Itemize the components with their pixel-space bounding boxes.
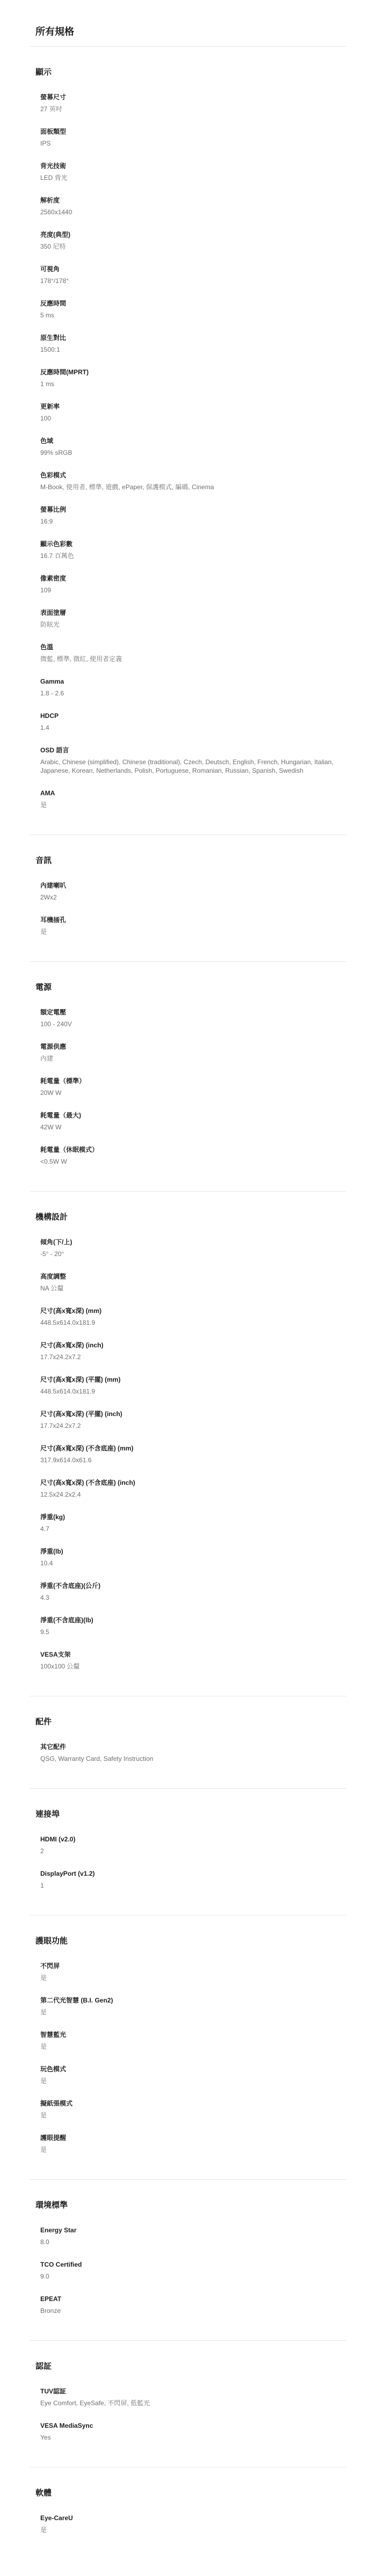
spec-item-label: 原生對比 xyxy=(40,333,346,342)
section-heading: 環境標準 xyxy=(35,2200,346,2211)
spec-section: 電源 額定電壓 100 - 240V 電源供應 內建 耗電量（標準） 20W W… xyxy=(30,961,346,1191)
spec-item-value: 12.5x24.2x2.4 xyxy=(40,1490,346,1499)
spec-item-value: 100 - 240V xyxy=(40,1020,346,1028)
spec-section: 配件 其它配件 QSG, Warranty Card, Safety Instr… xyxy=(30,1696,346,1788)
spec-item: 尺寸(高x寬x深) (mm) 448.5x614.0x181.9 xyxy=(40,1307,346,1327)
spec-sections: 顯示 螢幕尺寸 27 英吋 面板類型 IPS 背光技術 LED 背光 解析度 2… xyxy=(30,46,346,2559)
spec-item-label: 耳機插孔 xyxy=(40,916,346,924)
spec-item-label: 表面塗層 xyxy=(40,608,346,617)
spec-item: 護眼提醒 是 xyxy=(40,2134,346,2154)
spec-section: 軟體 Eye-CareU 是 xyxy=(30,2467,346,2559)
spec-item-label: 耗電量（最大) xyxy=(40,1111,346,1120)
spec-item-value: IPS xyxy=(40,139,346,148)
spec-item: EPEAT Bronze xyxy=(40,2295,346,2315)
spec-item-label: Energy Star xyxy=(40,2226,346,2234)
spec-item-value: Arabic, Chinese (simplified), Chinese (t… xyxy=(40,758,346,775)
spec-item-value: 350 尼特 xyxy=(40,242,346,251)
spec-item: 表面塗層 防眩光 xyxy=(40,608,346,629)
spec-item: 尺寸(高x寬x深) (平擺) (mm) 448.5x614.0x181.9 xyxy=(40,1375,346,1396)
spec-item: 尺寸(高x寬x深) (不含底座) (inch) 12.5x24.2x2.4 xyxy=(40,1478,346,1499)
section-items: 內建喇叭 2Wx2 耳機插孔 是 xyxy=(40,881,346,936)
spec-item-label: 背光技術 xyxy=(40,162,346,170)
spec-item: 螢幕比例 16:9 xyxy=(40,505,346,526)
spec-item: 不閃屏 是 xyxy=(40,1962,346,1982)
spec-item-value: 9.0 xyxy=(40,2272,346,2281)
spec-item: 反應時間(MPRT) 1 ms xyxy=(40,368,346,388)
spec-item: 傾角(下/上) -5° - 20° xyxy=(40,1238,346,1258)
spec-item: 其它配件 QSG, Warranty Card, Safety Instruct… xyxy=(40,1743,346,1763)
spec-item: DisplayPort (v1.2) 1 xyxy=(40,1869,346,1890)
spec-item: AMA 是 xyxy=(40,789,346,809)
spec-item-value: 4.3 xyxy=(40,1593,346,1602)
spec-item: 更新率 100 xyxy=(40,402,346,423)
spec-section: 連接埠 HDMI (v2.0) 2 DisplayPort (v1.2) 1 xyxy=(30,1788,346,1915)
spec-item-value: -5° - 20° xyxy=(40,1250,346,1258)
spec-item-value: 16:9 xyxy=(40,517,346,526)
spec-item-value: 8.0 xyxy=(40,2238,346,2246)
spec-section: 環境標準 Energy Star 8.0 TCO Certified 9.0 E… xyxy=(30,2179,346,2340)
spec-item-value: 99% sRGB xyxy=(40,448,346,457)
spec-item-label: 高度調整 xyxy=(40,1272,346,1281)
spec-item-label: 額定電壓 xyxy=(40,1008,346,1017)
spec-item: 高度調整 NA 公釐 xyxy=(40,1272,346,1293)
spec-item: 尺寸(高x寬x深) (inch) 17.7x24.2x7.2 xyxy=(40,1341,346,1361)
spec-item-label: Eye-CareU xyxy=(40,2514,346,2522)
spec-item-label: 可視角 xyxy=(40,265,346,273)
spec-item: 尺寸(高x寬x深) (不含底座) (mm) 317.9x614.0x61.6 xyxy=(40,1444,346,1464)
spec-item-label: OSD 語言 xyxy=(40,746,346,754)
spec-item-label: 耗電量（標準） xyxy=(40,1077,346,1085)
spec-item-value: NA 公釐 xyxy=(40,1284,346,1293)
spec-item-value: 是 xyxy=(40,1973,346,1982)
spec-item-value: 2560x1440 xyxy=(40,208,346,216)
section-heading: 配件 xyxy=(35,1717,346,1728)
spec-item-label: TUV認証 xyxy=(40,2387,346,2396)
spec-item-label: 淨重(kg) xyxy=(40,1513,346,1521)
spec-item: 色彩模式 M-Book, 使用者, 標準, 遊戲, ePaper, 保護模式, … xyxy=(40,471,346,491)
spec-item-value: 100x100 公釐 xyxy=(40,1662,346,1671)
section-items: 不閃屏 是 第二代光智慧 (B.I. Gen2) 是 智慧藍光 是 玩色模式 是… xyxy=(40,1962,346,2154)
spec-item-value: 20W W xyxy=(40,1089,346,1097)
spec-item-value: 是 xyxy=(40,2526,346,2534)
spec-item-value: Yes xyxy=(40,2433,346,2442)
spec-item-value: 是 xyxy=(40,2145,346,2154)
spec-item: OSD 語言 Arabic, Chinese (simplified), Chi… xyxy=(40,746,346,775)
spec-item-value: 100 xyxy=(40,414,346,423)
spec-item-value: 5 ms xyxy=(40,311,346,320)
spec-item-label: AMA xyxy=(40,789,346,797)
spec-item-label: 第二代光智慧 (B.I. Gen2) xyxy=(40,1996,346,2005)
spec-section: 顯示 螢幕尺寸 27 英吋 面板類型 IPS 背光技術 LED 背光 解析度 2… xyxy=(30,46,346,835)
spec-item-label: 顯示色彩數 xyxy=(40,540,346,548)
spec-item-value: 1 ms xyxy=(40,380,346,388)
spec-item: TCO Certified 9.0 xyxy=(40,2260,346,2281)
spec-item-label: 色彩模式 xyxy=(40,471,346,480)
spec-item: 淨重(不含底座)(lb) 9.5 xyxy=(40,1616,346,1636)
spec-item: 顯示色彩數 16.7 百萬色 xyxy=(40,540,346,560)
spec-item: 電源供應 內建 xyxy=(40,1042,346,1063)
section-items: 傾角(下/上) -5° - 20° 高度調整 NA 公釐 尺寸(高x寬x深) (… xyxy=(40,1238,346,1671)
section-items: 其它配件 QSG, Warranty Card, Safety Instruct… xyxy=(40,1743,346,1763)
spec-item-label: TCO Certified xyxy=(40,2260,346,2269)
spec-item: 解析度 2560x1440 xyxy=(40,196,346,216)
spec-item-label: 淨重(lb) xyxy=(40,1547,346,1556)
spec-item: HDMI (v2.0) 2 xyxy=(40,1835,346,1855)
spec-item-value: 1 xyxy=(40,1881,346,1890)
spec-item-label: 智慧藍光 xyxy=(40,2030,346,2039)
spec-item-label: 內建喇叭 xyxy=(40,881,346,890)
spec-item-value: 109 xyxy=(40,586,346,594)
spec-item-value: 是 xyxy=(40,927,346,936)
spec-item-value: 9.5 xyxy=(40,1628,346,1636)
spec-item-label: 不閃屏 xyxy=(40,1962,346,1970)
section-heading: 護眼功能 xyxy=(35,1936,346,1947)
spec-section: 音訊 內建喇叭 2Wx2 耳機插孔 是 xyxy=(30,835,346,961)
spec-item: Energy Star 8.0 xyxy=(40,2226,346,2246)
spec-item-value: 42W W xyxy=(40,1123,346,1131)
spec-item-label: 螢幕比例 xyxy=(40,505,346,514)
spec-item-value: 是 xyxy=(40,2042,346,2051)
section-items: HDMI (v2.0) 2 DisplayPort (v1.2) 1 xyxy=(40,1835,346,1890)
spec-item: 智慧藍光 是 xyxy=(40,2030,346,2051)
section-heading: 音訊 xyxy=(35,855,346,866)
section-items: Eye-CareU 是 xyxy=(40,2514,346,2534)
spec-item-label: VESA MediaSync xyxy=(40,2421,346,2430)
spec-item-value: 是 xyxy=(40,2077,346,2085)
spec-item-label: 反應時間 xyxy=(40,299,346,308)
spec-item-value: 是 xyxy=(40,801,346,809)
spec-item-label: 淨重(不含底座)(公斤) xyxy=(40,1581,346,1590)
spec-item-label: 螢幕尺寸 xyxy=(40,93,346,101)
spec-item-value: 微藍, 標準, 微紅, 使用者定義 xyxy=(40,655,346,663)
spec-item-label: 解析度 xyxy=(40,196,346,205)
spec-page: 所有規格 顯示 螢幕尺寸 27 英吋 面板類型 IPS 背光技術 LED 背光 … xyxy=(0,0,376,2563)
spec-item-label: 色域 xyxy=(40,437,346,445)
spec-item-label: 尺寸(高x寬x深) (平擺) (mm) xyxy=(40,1375,346,1384)
spec-item: 額定電壓 100 - 240V xyxy=(40,1008,346,1028)
spec-item-value: Bronze xyxy=(40,2306,346,2315)
spec-item: 擬紙張模式 是 xyxy=(40,2099,346,2120)
spec-item-value: 317.9x614.0x61.6 xyxy=(40,1456,346,1464)
spec-item: Gamma 1.8 - 2.6 xyxy=(40,677,346,698)
page-title: 所有規格 xyxy=(35,25,346,39)
section-heading: 連接埠 xyxy=(35,1809,346,1820)
spec-item-label: Gamma xyxy=(40,677,346,686)
spec-item-label: VESA支架 xyxy=(40,1650,346,1659)
spec-item-label: 電源供應 xyxy=(40,1042,346,1051)
spec-item: 螢幕尺寸 27 英吋 xyxy=(40,93,346,113)
section-heading: 軟體 xyxy=(35,2488,346,2499)
spec-item-label: 亮度(典型) xyxy=(40,230,346,239)
spec-item: 可視角 178°/178° xyxy=(40,265,346,285)
section-heading: 電源 xyxy=(35,982,346,993)
spec-item-value: 1.8 - 2.6 xyxy=(40,689,346,698)
spec-item-label: 玩色模式 xyxy=(40,2065,346,2073)
spec-item-label: 尺寸(高x寬x深) (mm) xyxy=(40,1307,346,1315)
spec-item-value: 2 xyxy=(40,1847,346,1855)
spec-item: 反應時間 5 ms xyxy=(40,299,346,320)
spec-section: 護眼功能 不閃屏 是 第二代光智慧 (B.I. Gen2) 是 智慧藍光 是 玩… xyxy=(30,1915,346,2179)
spec-section: 認証 TUV認証 Eye Comfort, EyeSafe, 不閃屏, 低藍光 … xyxy=(30,2340,346,2467)
spec-item-label: 尺寸(高x寬x深) (不含底座) (inch) xyxy=(40,1478,346,1487)
spec-item: 像素密度 109 xyxy=(40,574,346,594)
spec-item: 內建喇叭 2Wx2 xyxy=(40,881,346,902)
spec-item-label: 護眼提醒 xyxy=(40,2134,346,2142)
spec-item: 尺寸(高x寬x深) (平擺) (inch) 17.7x24.2x7.2 xyxy=(40,1410,346,1430)
spec-item: 背光技術 LED 背光 xyxy=(40,162,346,182)
spec-item: HDCP 1.4 xyxy=(40,712,346,732)
spec-item-label: HDMI (v2.0) xyxy=(40,1835,346,1844)
spec-item: 原生對比 1500:1 xyxy=(40,333,346,354)
section-heading: 認証 xyxy=(35,2361,346,2372)
spec-item-value: 178°/178° xyxy=(40,277,346,285)
spec-item: 淨重(lb) 10.4 xyxy=(40,1547,346,1568)
spec-item-label: 尺寸(高x寬x深) (不含底座) (mm) xyxy=(40,1444,346,1453)
section-items: 額定電壓 100 - 240V 電源供應 內建 耗電量（標準） 20W W 耗電… xyxy=(40,1008,346,1166)
spec-item: 玩色模式 是 xyxy=(40,2065,346,2085)
spec-item: 面板類型 IPS xyxy=(40,127,346,148)
spec-item-value: 10.4 xyxy=(40,1559,346,1568)
spec-item-label: 淨重(不含底座)(lb) xyxy=(40,1616,346,1624)
section-heading: 機構設計 xyxy=(35,1212,346,1223)
spec-item-value: 27 英吋 xyxy=(40,105,346,113)
spec-item: 淨重(kg) 4.7 xyxy=(40,1513,346,1533)
spec-item: 色溫 微藍, 標準, 微紅, 使用者定義 xyxy=(40,643,346,663)
spec-item-label: 耗電量（休眠模式） xyxy=(40,1145,346,1154)
spec-item-label: 像素密度 xyxy=(40,574,346,583)
spec-item-value: 防眩光 xyxy=(40,620,346,629)
spec-item-value: 17.7x24.2x7.2 xyxy=(40,1421,346,1430)
spec-item: 耗電量（休眠模式） <0.5W W xyxy=(40,1145,346,1166)
spec-item: 耗電量（最大) 42W W xyxy=(40,1111,346,1131)
spec-item-label: 色溫 xyxy=(40,643,346,651)
spec-item-label: 擬紙張模式 xyxy=(40,2099,346,2108)
spec-item-value: LED 背光 xyxy=(40,173,346,182)
spec-item-label: 尺寸(高x寬x深) (inch) xyxy=(40,1341,346,1349)
spec-item-value: QSG, Warranty Card, Safety Instruction xyxy=(40,1754,346,1763)
spec-item-value: <0.5W W xyxy=(40,1157,346,1166)
spec-item: TUV認証 Eye Comfort, EyeSafe, 不閃屏, 低藍光 xyxy=(40,2387,346,2407)
section-heading: 顯示 xyxy=(35,67,346,78)
spec-item: 耗電量（標準） 20W W xyxy=(40,1077,346,1097)
section-items: 螢幕尺寸 27 英吋 面板類型 IPS 背光技術 LED 背光 解析度 2560… xyxy=(40,93,346,809)
spec-item-value: 2Wx2 xyxy=(40,893,346,902)
spec-section: 機構設計 傾角(下/上) -5° - 20° 高度調整 NA 公釐 尺寸(高x寬… xyxy=(30,1191,346,1696)
spec-item-value: 4.7 xyxy=(40,1525,346,1533)
spec-item-value: 是 xyxy=(40,2111,346,2120)
spec-item: 色域 99% sRGB xyxy=(40,437,346,457)
spec-item-label: HDCP xyxy=(40,712,346,720)
spec-item-value: 16.7 百萬色 xyxy=(40,552,346,560)
spec-item-label: 其它配件 xyxy=(40,1743,346,1751)
spec-item-value: 1500:1 xyxy=(40,345,346,354)
spec-item-value: 17.7x24.2x7.2 xyxy=(40,1353,346,1361)
spec-item-label: 更新率 xyxy=(40,402,346,411)
spec-item-label: 尺寸(高x寬x深) (平擺) (inch) xyxy=(40,1410,346,1418)
spec-item: 第二代光智慧 (B.I. Gen2) 是 xyxy=(40,1996,346,2016)
spec-item: VESA支架 100x100 公釐 xyxy=(40,1650,346,1671)
spec-item-value: 內建 xyxy=(40,1054,346,1063)
spec-item: Eye-CareU 是 xyxy=(40,2514,346,2534)
spec-item-value: 是 xyxy=(40,2008,346,2016)
spec-item-label: DisplayPort (v1.2) xyxy=(40,1869,346,1878)
spec-item-label: 反應時間(MPRT) xyxy=(40,368,346,376)
section-items: Energy Star 8.0 TCO Certified 9.0 EPEAT … xyxy=(40,2226,346,2315)
spec-item-value: 1.4 xyxy=(40,723,346,732)
spec-item: 淨重(不含底座)(公斤) 4.3 xyxy=(40,1581,346,1602)
spec-item-label: EPEAT xyxy=(40,2295,346,2303)
spec-item-label: 面板類型 xyxy=(40,127,346,136)
spec-item-value: Eye Comfort, EyeSafe, 不閃屏, 低藍光 xyxy=(40,2399,346,2407)
spec-item-value: M-Book, 使用者, 標準, 遊戲, ePaper, 保護模式, 編碼, C… xyxy=(40,483,346,491)
spec-item-value: 448.5x614.0x181.9 xyxy=(40,1387,346,1396)
section-items: TUV認証 Eye Comfort, EyeSafe, 不閃屏, 低藍光 VES… xyxy=(40,2387,346,2442)
spec-item: VESA MediaSync Yes xyxy=(40,2421,346,2442)
spec-item: 亮度(典型) 350 尼特 xyxy=(40,230,346,251)
spec-item: 耳機插孔 是 xyxy=(40,916,346,936)
spec-item-value: 448.5x614.0x181.9 xyxy=(40,1318,346,1327)
spec-item-label: 傾角(下/上) xyxy=(40,1238,346,1246)
